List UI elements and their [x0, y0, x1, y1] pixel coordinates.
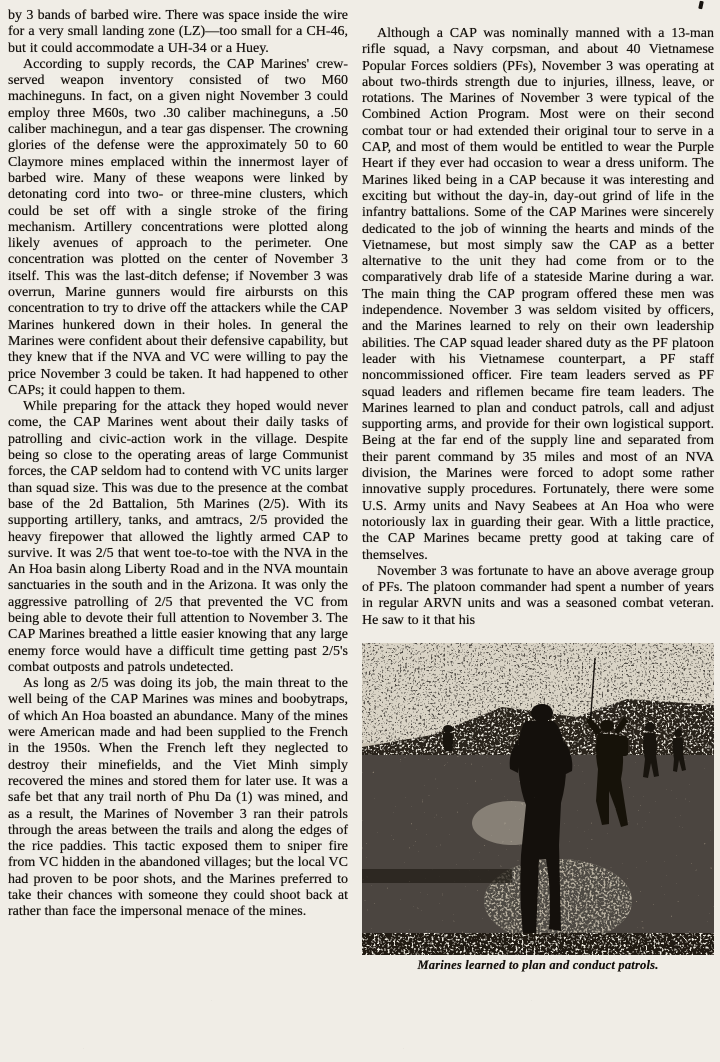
right-column: Although a CAP was nominally manned with…	[362, 8, 714, 1062]
body-paragraph: As long as 2/5 was doing its job, the ma…	[8, 676, 348, 920]
two-column-text: by 3 bands of barbed wire. There was spa…	[0, 0, 720, 1062]
body-paragraph: According to supply records, the CAP Mar…	[8, 57, 348, 399]
body-paragraph: Although a CAP was nominally manned with…	[362, 26, 714, 564]
body-paragraph: November 3 was fortunate to have an abov…	[362, 564, 714, 629]
body-paragraph: by 3 bands of barbed wire. There was spa…	[8, 8, 348, 57]
scanned-book-page: by 3 bands of barbed wire. There was spa…	[0, 0, 720, 1062]
patrol-photo-art	[362, 643, 714, 955]
photo-block: Marines learned to plan and conduct patr…	[362, 643, 714, 973]
body-paragraph: While preparing for the attack they hope…	[8, 399, 348, 676]
photo-caption: Marines learned to plan and conduct patr…	[362, 958, 714, 973]
left-column: by 3 bands of barbed wire. There was spa…	[8, 8, 348, 1062]
patrol-photo	[362, 643, 714, 955]
